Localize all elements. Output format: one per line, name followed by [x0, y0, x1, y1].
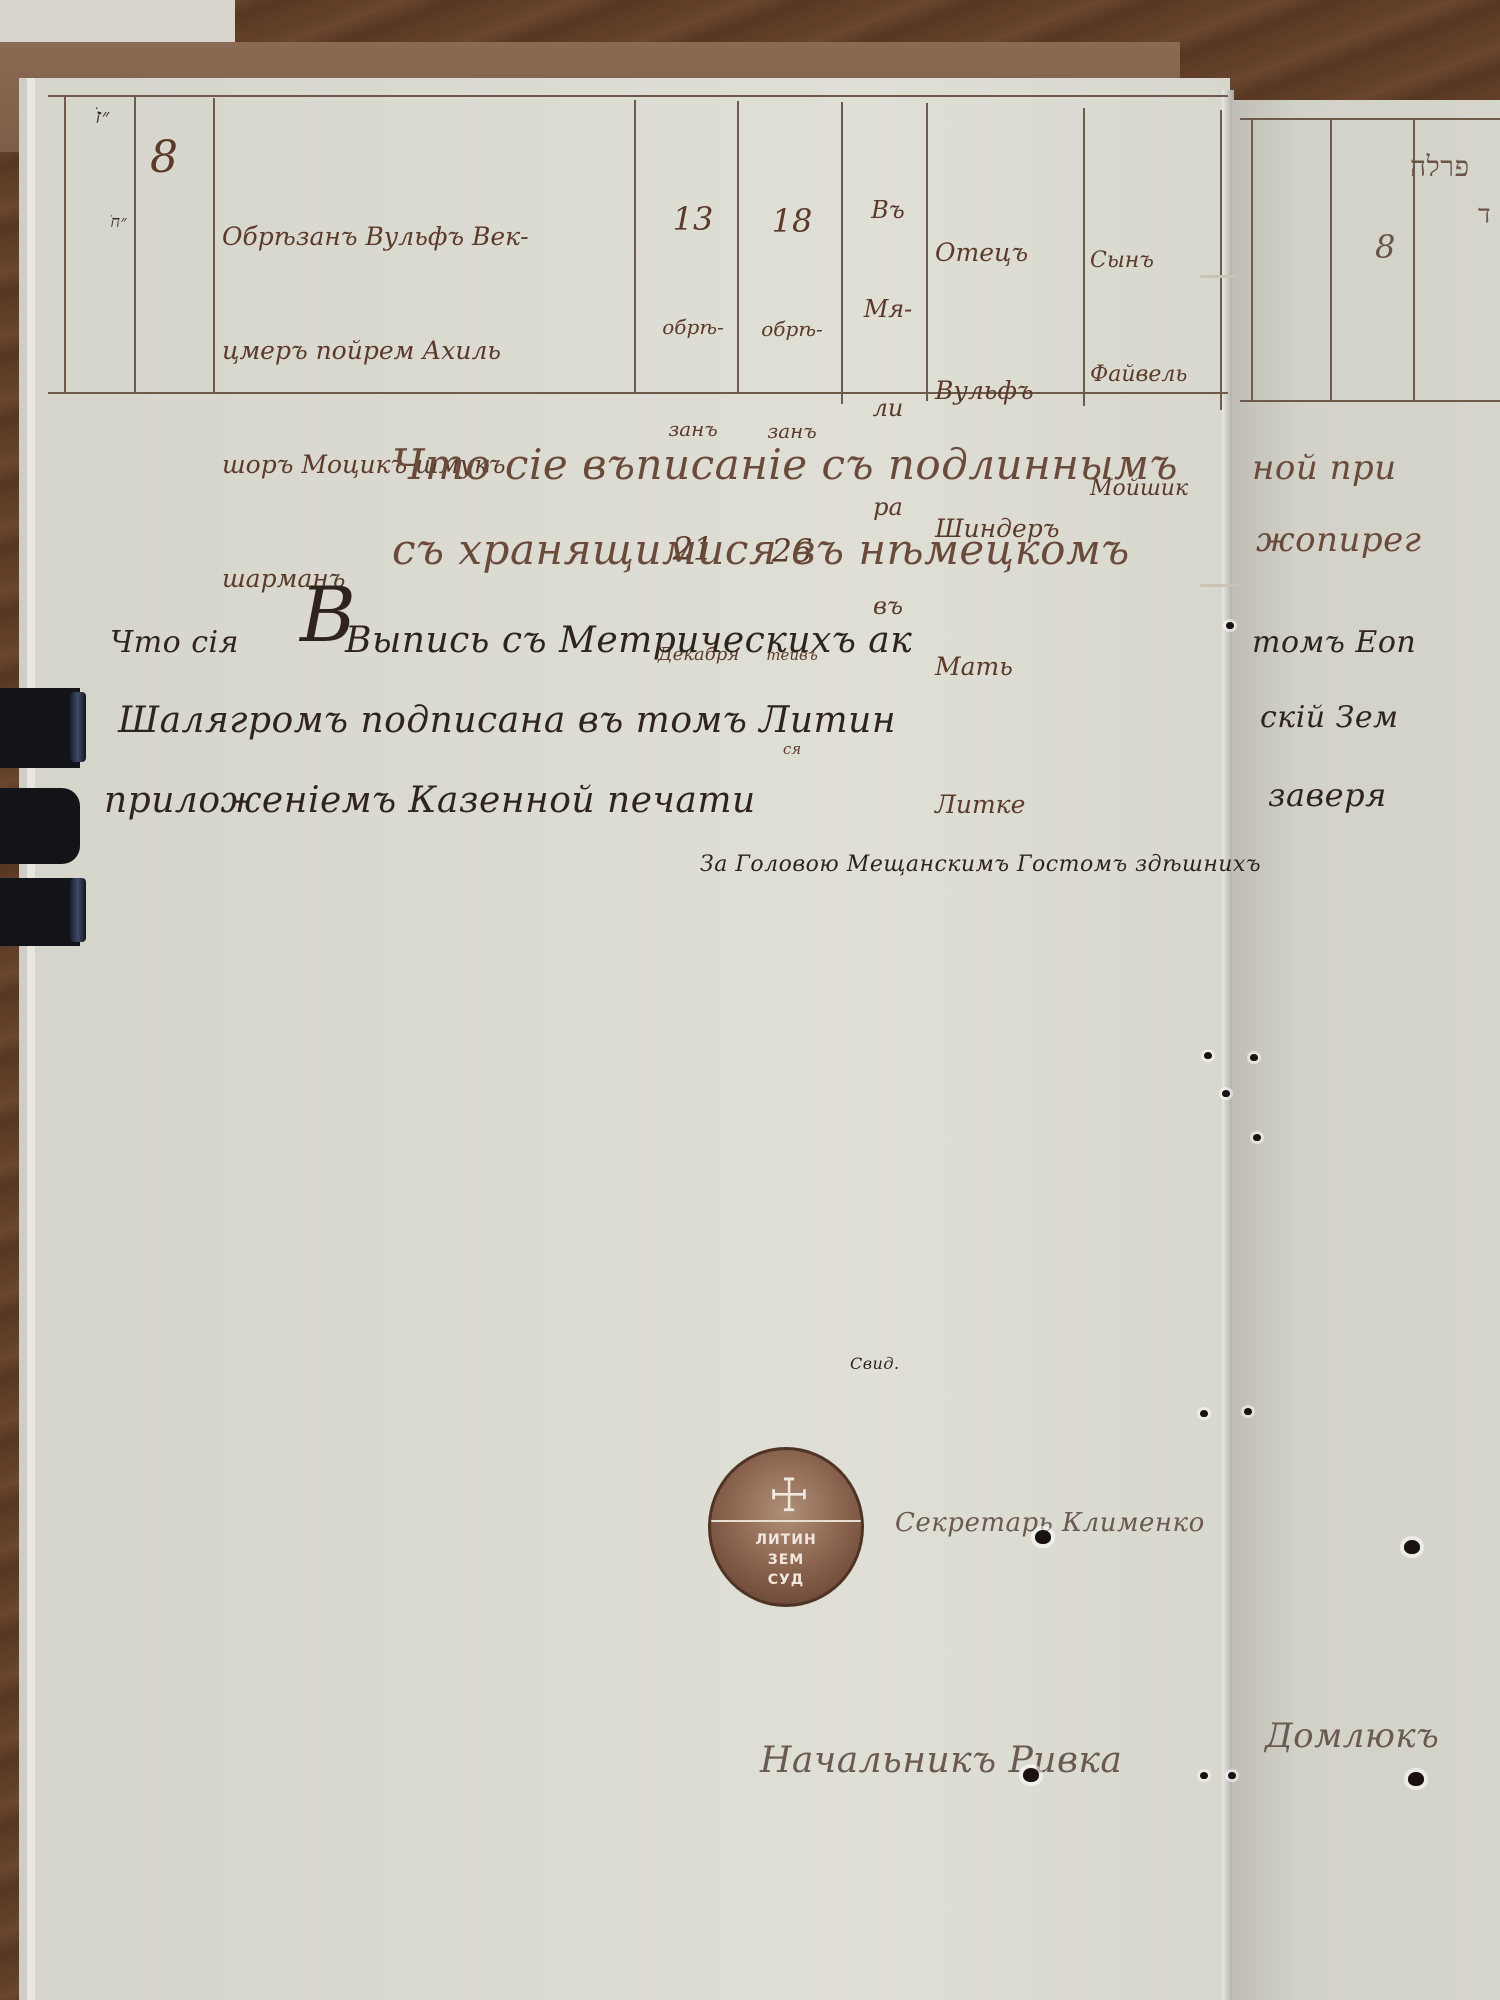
- binding-hole: [1226, 622, 1234, 629]
- parents-cell: Отецъ Вульфъ Шиндеръ Мать Литке: [935, 138, 1059, 874]
- seal-text: ЗЕМ: [711, 1552, 861, 1568]
- certification-note: За Головою Мещанскимъ Гостомъ здѣшнихъ: [700, 852, 1261, 877]
- child-name-line: цмеръ пойрем Ахиль: [222, 332, 529, 370]
- right-hebrew-text: פרלה: [1410, 150, 1470, 184]
- parents-line: Отецъ: [935, 230, 1059, 276]
- clip-edge: [70, 878, 86, 942]
- body-line-3: Выпись съ Метрическихъ ак: [345, 620, 912, 661]
- body-line-1: Что сіе въписаніе съ подлиннымъ: [392, 440, 1178, 489]
- table-column-rule: [64, 95, 66, 393]
- circumcision-label: обрѣ-: [752, 316, 832, 342]
- parents-line: Литке: [935, 782, 1059, 828]
- table-column-rule: [213, 98, 215, 394]
- official-seal: ☩ ЛИТИН ЗЕМ СУД: [708, 1447, 864, 1607]
- place-line: Мя-: [855, 293, 921, 326]
- binding-hole: [1250, 1054, 1258, 1061]
- binding-hole: [1222, 1090, 1230, 1097]
- table-column-rule: [841, 102, 843, 404]
- clip-jaw: [0, 788, 80, 864]
- parents-line: Мать: [935, 644, 1059, 690]
- birth-label: обрѣ-: [658, 314, 728, 340]
- son-cell: Сынъ Файвель Мойшик: [1090, 166, 1188, 546]
- margin-mark-mid: ׁ״ח: [110, 212, 127, 232]
- table-column-rule: [1220, 110, 1222, 410]
- right-table-top-rule: [1240, 118, 1500, 120]
- right-table-column-rule: [1330, 118, 1332, 400]
- binding-hole: [1035, 1530, 1051, 1544]
- right-body-line: ной при: [1252, 448, 1397, 488]
- binding-hole: [1200, 1410, 1208, 1417]
- table-column-rule: [134, 95, 136, 393]
- seal-band: [711, 1520, 861, 1522]
- binding-hole: [1200, 1772, 1208, 1779]
- child-name-line: Обрѣзанъ Вульфъ Век-: [222, 218, 529, 256]
- seal-text: ЛИТИН: [711, 1532, 861, 1548]
- parents-line: Вульфъ: [935, 368, 1059, 414]
- binding-hole: [1404, 1540, 1420, 1554]
- double-headed-eagle-icon: ☩: [739, 1468, 839, 1523]
- right-entry-number: 8: [1375, 228, 1396, 266]
- place-line: въ: [855, 590, 921, 623]
- body-line-4: Шалягромъ подписана въ томъ Литин: [118, 700, 896, 741]
- body-line-2: съ хранящимися въ нѣмецкомъ: [392, 525, 1130, 574]
- circumcision-day: 18: [752, 202, 832, 240]
- entry-number: 8: [150, 132, 179, 183]
- binding-hole: [1253, 1134, 1261, 1141]
- binding-hole: [1244, 1408, 1252, 1415]
- clip-jaw: [0, 688, 80, 768]
- right-page: [1232, 100, 1500, 2000]
- stamp-mark: Свид.: [850, 1354, 900, 1373]
- binding-thread: [1200, 275, 1236, 278]
- chief-signature: Начальникъ Ривка: [760, 1740, 1122, 1781]
- body-line-3-intro: Что сія: [110, 625, 239, 660]
- binding-hole: [1408, 1772, 1424, 1786]
- right-body-line: жопирег: [1256, 520, 1421, 560]
- binding-hole: [1023, 1768, 1039, 1782]
- right-body-line: томъ Еоп: [1252, 625, 1416, 660]
- son-line: Файвель: [1090, 356, 1188, 394]
- binding-thread: [1200, 584, 1240, 587]
- right-page-signature: Домлюкъ: [1265, 1716, 1439, 1756]
- right-hebrew-letter: ד: [1478, 200, 1491, 230]
- right-table-column-rule: [1251, 118, 1253, 400]
- birth-label: занъ: [658, 416, 728, 442]
- son-line: Сынъ: [1090, 242, 1188, 280]
- clip-edge: [70, 692, 86, 762]
- table-column-rule: [634, 100, 636, 394]
- binding-hole: [1204, 1052, 1212, 1059]
- right-table-bottom-rule: [1240, 400, 1500, 402]
- margin-mark-top: ׂ״ז: [95, 104, 110, 129]
- right-body-line: заверя: [1268, 776, 1387, 814]
- birth-date-cell: 13 обрѣ- занъ 21 Декабря: [658, 124, 728, 704]
- right-body-line: скій Зем: [1260, 700, 1399, 735]
- seal-text: СУД: [711, 1572, 861, 1588]
- circumcision-month: ся: [752, 740, 832, 758]
- binding-hole: [1228, 1772, 1236, 1779]
- place-cell: Въ Мя- ли ра въ: [855, 128, 921, 656]
- place-line: ли: [855, 392, 921, 425]
- table-top-rule: [48, 95, 1228, 97]
- body-line-5: приложеніемъ Казенной печати: [104, 780, 756, 821]
- place-line: ра: [855, 491, 921, 524]
- table-column-rule: [737, 101, 739, 394]
- clip-jaw: [0, 878, 80, 946]
- table-column-rule: [926, 103, 928, 401]
- binder-clip: [0, 688, 88, 946]
- birth-day: 13: [658, 200, 728, 238]
- place-line: Въ: [855, 194, 921, 227]
- table-column-rule: [1083, 108, 1085, 406]
